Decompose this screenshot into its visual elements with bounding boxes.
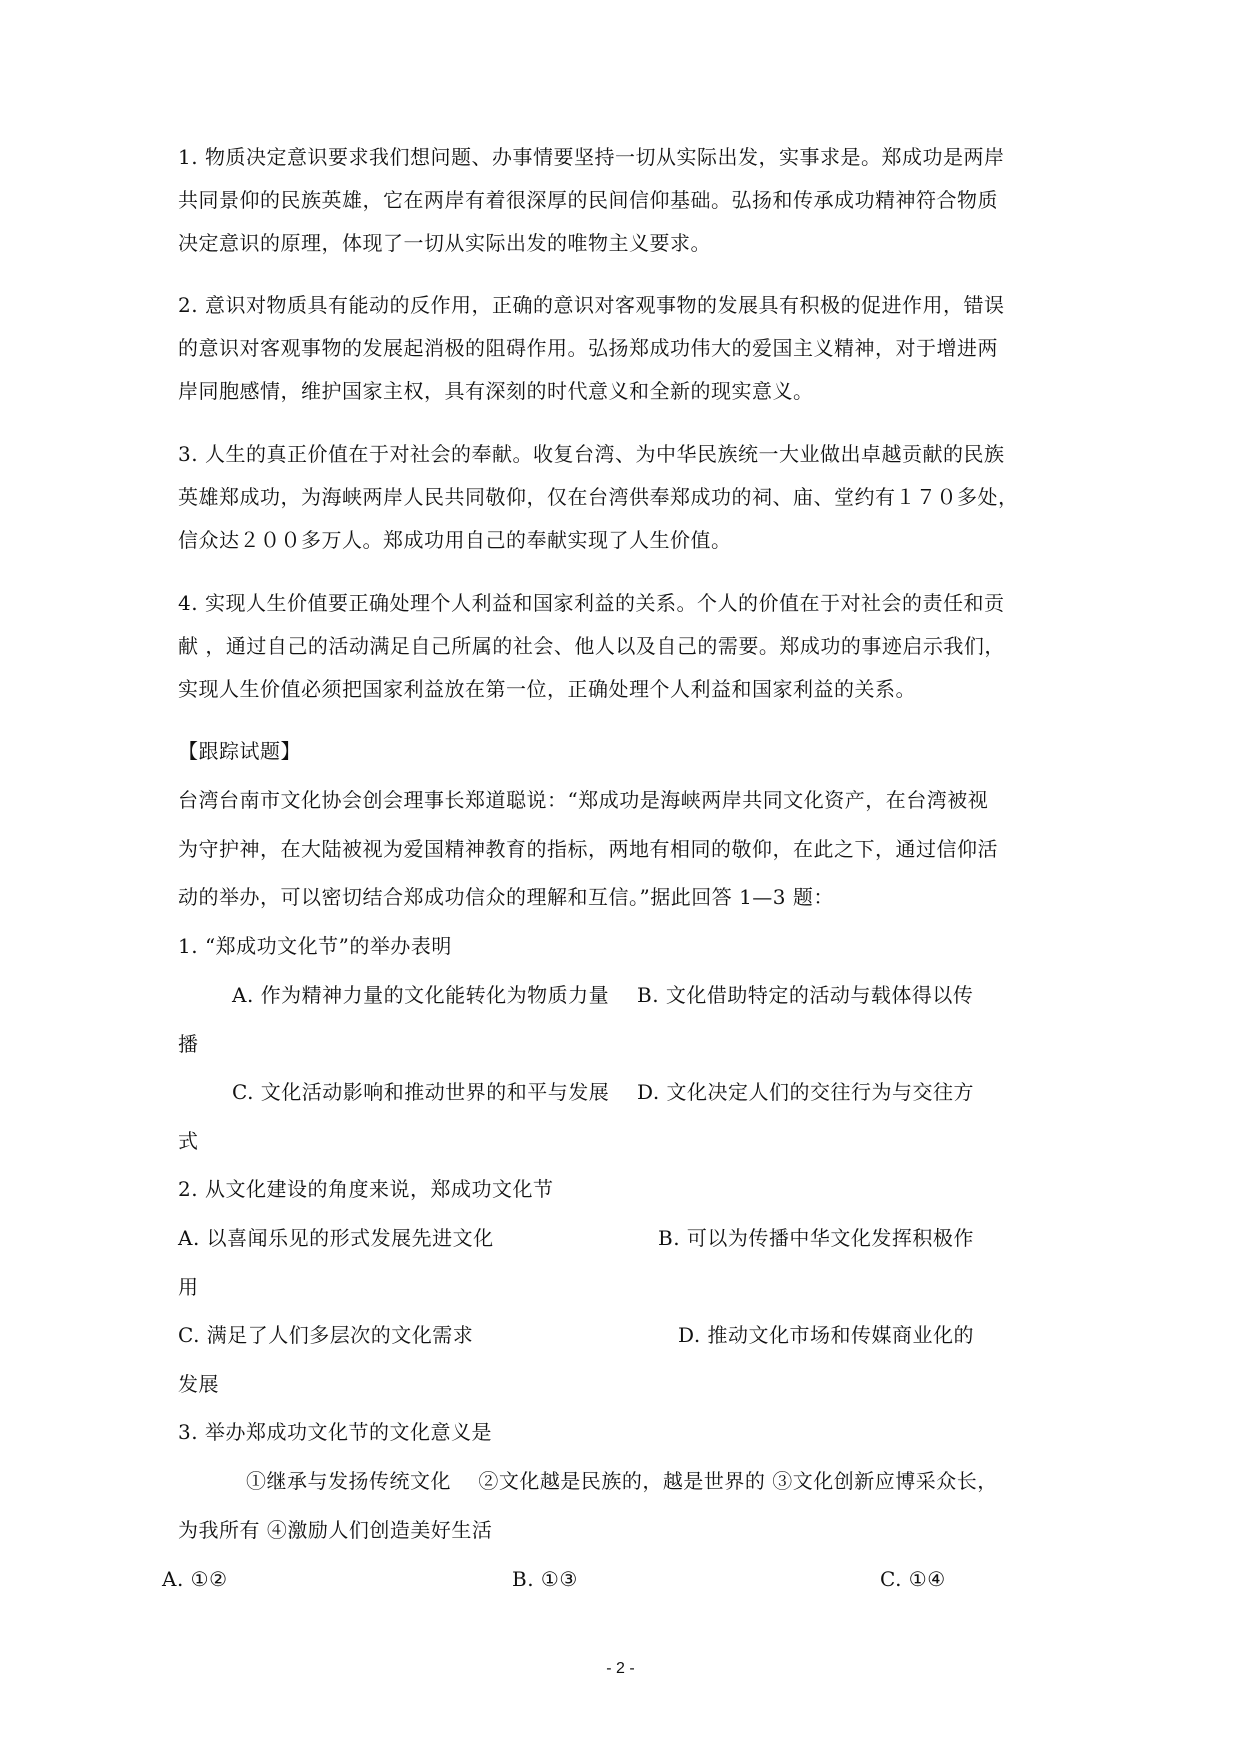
q1-option-a: A. 作为精神力量的文化能转化为物质力量 xyxy=(232,981,609,1009)
passage-line3: 动的举办，可以密切结合郑成功信众的理解和互信。”据此回答 1—3 题： xyxy=(178,883,834,911)
analysis-p1-line2: 共同景仰的民族英雄，它在两岸有着很深厚的民间信仰基础。弘扬和传承成功精神符合物质 xyxy=(178,186,998,214)
q3-option-b: B. ①③ xyxy=(512,1565,578,1593)
q1-option-d: D. 文化决定人们的交往行为与交往方 xyxy=(637,1078,974,1106)
q3-items-line1: ①继承与发扬传统文化 ②文化越是民族的，越是世界的 ③文化创新应博采众长， xyxy=(246,1467,998,1495)
q1-option-b: B. 文化借助特定的活动与载体得以传 xyxy=(637,981,973,1009)
q2-option-c: C. 满足了人们多层次的文化需求 xyxy=(178,1321,473,1349)
page-number: - 2 - xyxy=(0,1660,1241,1678)
q1-option-c: C. 文化活动影响和推动世界的和平与发展 xyxy=(232,1078,609,1106)
q2-option-a: A. 以喜闻乐见的形式发展先进文化 xyxy=(178,1224,494,1252)
analysis-p3-line2: 英雄郑成功，为海峡两岸人民共同敬仰，仅在台湾供奉郑成功的祠、庙、堂约有１７０多处… xyxy=(178,483,1019,511)
q3-items-line2: 为我所有 ④激励人们创造美好生活 xyxy=(178,1516,492,1544)
document-page: 1. 物质决定意识要求我们想问题、办事情要坚持一切从实际出发，实事求是。郑成功是… xyxy=(0,0,1241,1754)
q1-option-d-wrap: 式 xyxy=(178,1127,199,1155)
analysis-p2-line3: 岸同胞感情，维护国家主权，具有深刻的时代意义和全新的现实意义。 xyxy=(178,377,814,405)
analysis-p1-line1: 1. 物质决定意识要求我们想问题、办事情要坚持一切从实际出发，实事求是。郑成功是… xyxy=(178,143,1004,171)
q2-option-b-wrap: 用 xyxy=(178,1273,199,1301)
analysis-p4-line3: 实现人生价值必须把国家利益放在第一位，正确处理个人利益和国家利益的关系。 xyxy=(178,675,916,703)
analysis-p4-line2: 献 ，通过自己的活动满足自己所属的社会、他人以及自己的需要。郑成功的事迹启示我们… xyxy=(178,632,1005,660)
analysis-p3-line3: 信众达２００多万人。郑成功用自己的奉献实现了人生价值。 xyxy=(178,526,732,554)
analysis-p3-line1: 3. 人生的真正价值在于对社会的奉献。收复台湾、为中华民族统一大业做出卓越贡献的… xyxy=(178,440,1004,468)
q3-stem: 3. 举办郑成功文化节的文化意义是 xyxy=(178,1418,492,1446)
analysis-p1-line3: 决定意识的原理，体现了一切从实际出发的唯物主义要求。 xyxy=(178,229,711,257)
passage-line1: 台湾台南市文化协会创会理事长郑道聪说：“郑成功是海峡两岸共同文化资产，在台湾被视 xyxy=(178,786,988,814)
q2-option-b: B. 可以为传播中华文化发挥积极作 xyxy=(658,1224,974,1252)
analysis-p2-line1: 2. 意识对物质具有能动的反作用，正确的意识对客观事物的发展具有积极的促进作用，… xyxy=(178,291,1004,319)
q2-stem: 2. 从文化建设的角度来说，郑成功文化节 xyxy=(178,1175,553,1203)
q1-option-b-wrap: 播 xyxy=(178,1030,199,1058)
q2-option-d: D. 推动文化市场和传媒商业化的 xyxy=(678,1321,974,1349)
section-title: 【跟踪试题】 xyxy=(178,737,301,765)
analysis-p4-line1: 4. 实现人生价值要正确处理个人利益和国家利益的关系。个人的价值在于对社会的责任… xyxy=(178,589,1004,617)
q3-option-c: C. ①④ xyxy=(880,1565,946,1593)
passage-line2: 为守护神，在大陆被视为爱国精神教育的指标，两地有相同的敬仰，在此之下，通过信仰活 xyxy=(178,835,998,863)
q2-option-d-wrap: 发展 xyxy=(178,1370,219,1398)
q3-option-a: A. ①② xyxy=(162,1565,228,1593)
q1-stem: 1. “郑成功文化节”的举办表明 xyxy=(178,932,452,960)
analysis-p2-line2: 的意识对客观事物的发展起消极的阻碍作用。弘扬郑成功伟大的爱国主义精神，对于增进两 xyxy=(178,334,998,362)
